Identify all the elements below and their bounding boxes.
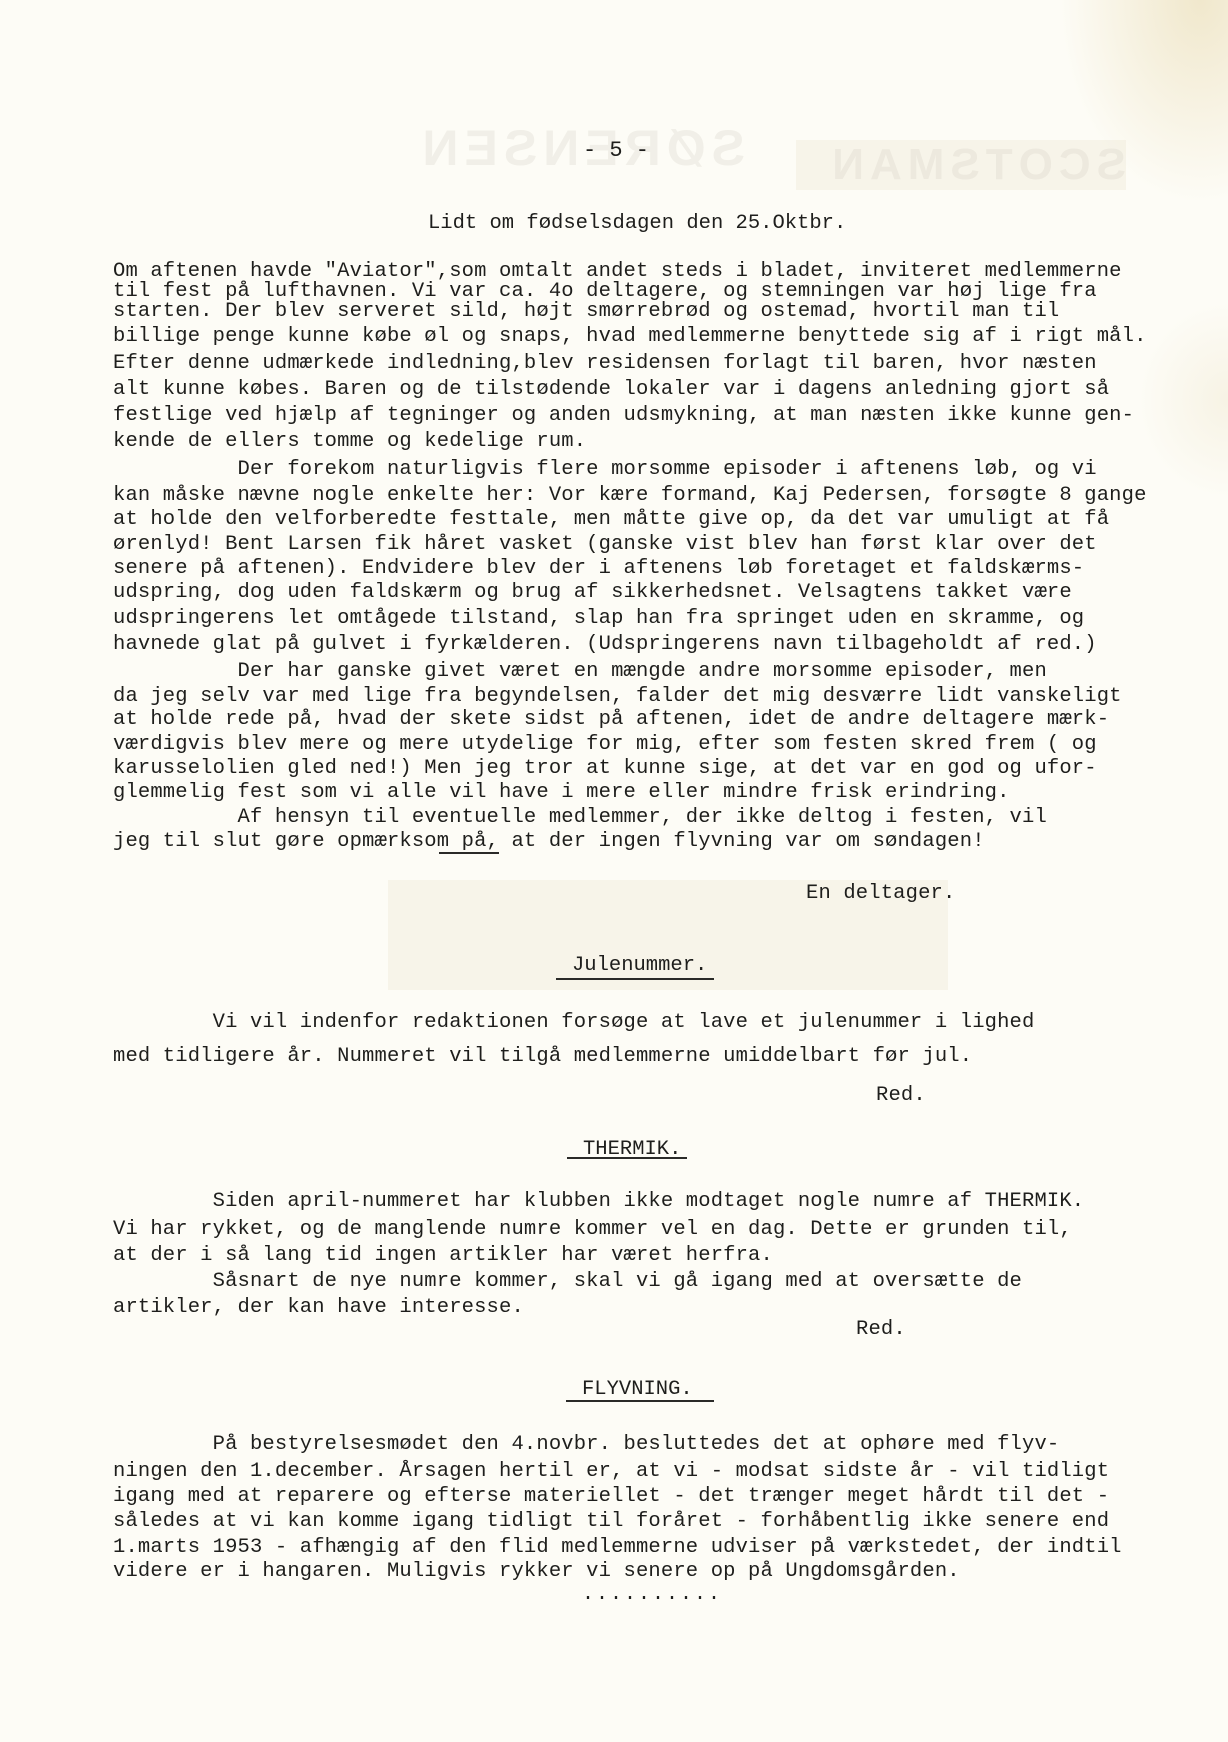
text-line: da jeg selv var med lige fra begyndelsen… (113, 685, 1122, 709)
page-number: - 5 - (583, 138, 649, 163)
article-title-flyvning: FLYVNING. (582, 1378, 693, 1402)
signature-en-deltager: En deltager. (806, 882, 955, 906)
text-line: videre er i hangaren. Muligvis rykker vi… (113, 1560, 960, 1584)
text-line: Der har ganske givet været en mængde and… (113, 660, 1047, 684)
text-line: festlige ved hjælp af tegninger og anden… (113, 404, 1134, 428)
text-line: karusselolien gled ned!) Men jeg tror at… (113, 757, 1097, 781)
text-line: kende de ellers tomme og kedelige rum. (113, 430, 586, 454)
text-line: at holde den velforberedte festtale, men… (113, 508, 1109, 532)
show-through-right: SCOTSMAN (796, 140, 1126, 190)
text-line: Af hensyn til eventuelle medlemmer, der … (113, 806, 1047, 830)
text-line: udspringerens let omtågede tilstand, sla… (113, 607, 1084, 631)
show-through-left: SØRENSEN (185, 118, 745, 178)
signature-red: Red. (856, 1318, 906, 1342)
text-line: Siden april-nummeret har klubben ikke mo… (113, 1190, 1084, 1214)
text-line: starten. Der blev serveret sild, højt sm… (113, 300, 1059, 324)
text-line: glemmelig fest som vi alle vil have i me… (113, 781, 1010, 805)
title-underline (567, 1157, 687, 1159)
text-line: Såsnart de nye numre kommer, skal vi gå … (113, 1270, 1022, 1294)
title-underline (566, 1400, 714, 1402)
text-line: På bestyrelsesmødet den 4.novbr. beslutt… (113, 1433, 1059, 1457)
text-line: med tidligere år. Nummeret vil tilgå med… (113, 1045, 972, 1069)
emphasis-underline-ingen (439, 852, 499, 854)
text-line: udspring, dog uden faldskærm og brug af … (113, 581, 1072, 605)
text-line: igang med at reparere og efterse materie… (113, 1485, 1109, 1509)
text-line: havnede glat på gulvet i fyrkælderen. (U… (113, 633, 1097, 657)
text-line: 1.marts 1953 - afhængig af den flid medl… (113, 1536, 1122, 1560)
text-line: Vi har rykket, og de manglende numre kom… (113, 1218, 1072, 1242)
text-line: Der forekom naturligvis flere morsomme e… (113, 458, 1097, 482)
document-page: SØRENSEN SCOTSMAN - 5 - Lidt om fødselsd… (0, 0, 1228, 1742)
text-line: alt kunne købes. Baren og de tilstødende… (113, 378, 1109, 402)
title-underline (556, 978, 714, 980)
text-line: ningen den 1.december. Årsagen hertil er… (113, 1460, 1109, 1484)
text-line: at der i så lang tid ingen artikler har … (113, 1244, 773, 1268)
text-line: at holde rede på, hvad der skete sidst p… (113, 708, 1109, 732)
text-line: billige penge kunne købe øl og snaps, hv… (113, 325, 1147, 349)
signature-red: Red. (876, 1084, 926, 1108)
text-line: senere på aftenen). Endvidere blev der i… (113, 557, 1084, 581)
text-line: Vi vil indenfor redaktionen forsøge at l… (113, 1011, 1034, 1035)
text-line: Efter denne udmærkede indledning,blev re… (113, 352, 1097, 376)
text-line: værdigvis blev mere og mere utydelige fo… (113, 733, 1097, 757)
text-line: jeg til slut gøre opmærksom på, at der i… (113, 830, 985, 854)
article-title-julenummer: Julenummer. (572, 954, 707, 978)
closing-dots: .......... (582, 1583, 722, 1606)
text-line: ørenlyd! Bent Larsen fik håret vasket (g… (113, 533, 1097, 557)
text-line: kan måske nævne nogle enkelte her: Vor k… (113, 484, 1147, 508)
text-line: således at vi kan komme igang tidligt ti… (113, 1510, 1109, 1534)
text-line: artikler, der kan have interesse. (113, 1296, 524, 1320)
article-title-birthday: Lidt om fødselsdagen den 25.Oktbr. (428, 212, 846, 236)
